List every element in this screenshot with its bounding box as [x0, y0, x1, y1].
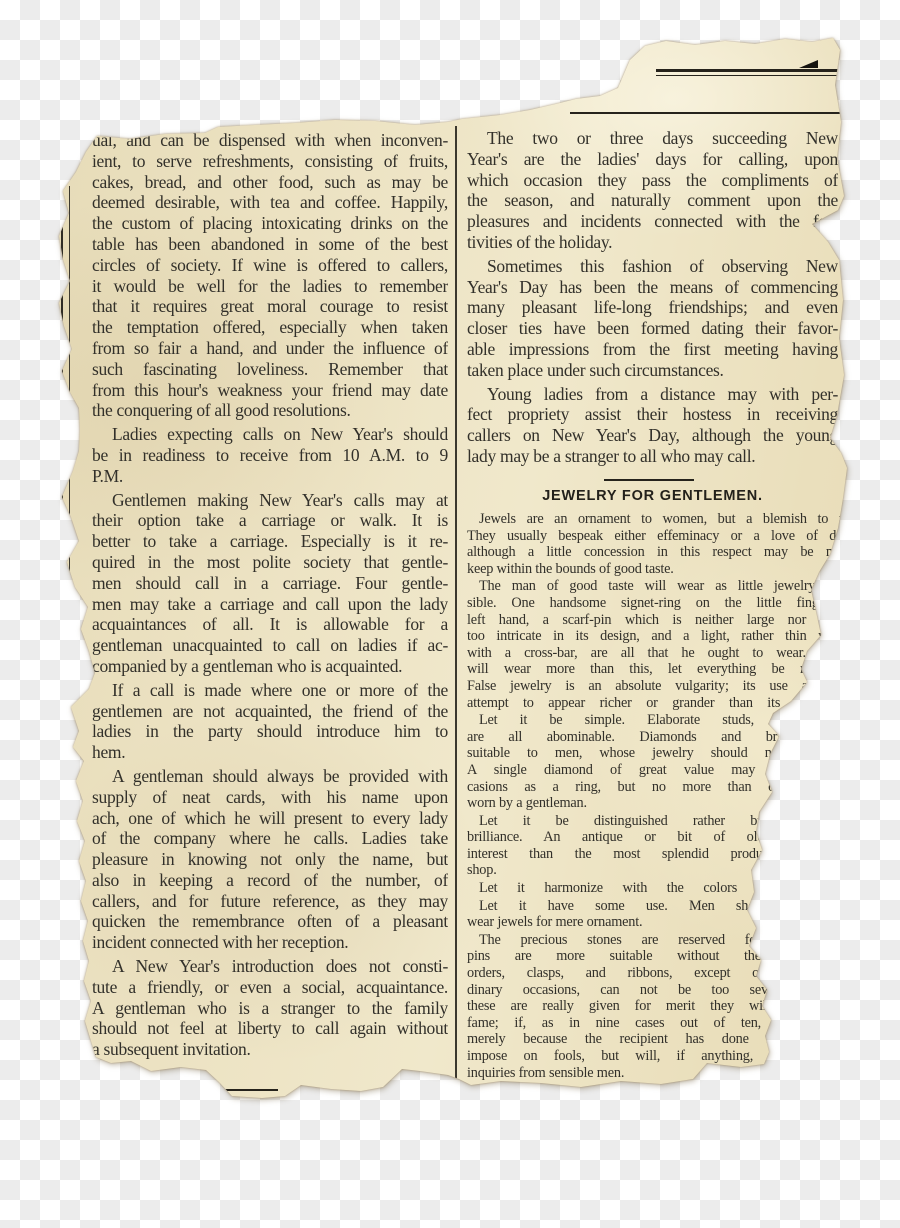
text-line: A single diamond of great value may be w… — [467, 762, 856, 779]
text-line: Jewels are an ornament to women, but a b… — [467, 511, 856, 528]
text-line: keep within the bounds of good taste. — [467, 561, 856, 578]
torn-paper: ual, and can be dispensed with when inco… — [0, 0, 900, 1228]
text-line: circles of society. If wine is offered t… — [92, 255, 448, 276]
text-line: fect propriety assist their hostess in r… — [467, 404, 838, 425]
text-line: the custom of placing intoxicating drink… — [92, 213, 448, 234]
text-line: Young ladies from a distance may with pe… — [467, 384, 838, 405]
text-line: inquiries from sensible men. — [467, 1065, 856, 1082]
text-line: callers, and for future reference, as th… — [92, 891, 448, 912]
section-divider-rule — [604, 479, 694, 481]
text-line: a subsequent invitation. — [92, 1039, 448, 1060]
text-line: worn by a gentleman. — [467, 795, 856, 812]
text-line: suitable to men, whose jewelry should ne… — [467, 745, 856, 762]
paragraph: The precious stones are reserved for lad… — [467, 932, 856, 1081]
paragraph: Ladies expecting calls on New Year's sho… — [92, 424, 448, 486]
paragraph: Let it be simple. Elaborate studs, sleev… — [467, 712, 856, 812]
text-line: such fascinating loveliness. Remember th… — [92, 359, 448, 380]
paragraph: Gentlemen making New Year's calls may at… — [92, 490, 448, 677]
text-line: able impressions from the first meeting … — [467, 339, 838, 360]
text-line: If a call is made where one or more of t… — [92, 680, 448, 701]
text-line: pleasure in knowing not only the name, b… — [92, 849, 448, 870]
text-line: A New Year's introduction does not const… — [92, 956, 448, 977]
text-line: merely because the recipient has done hi… — [467, 1031, 856, 1048]
left-margin-rule-outer — [61, 186, 63, 1066]
left-margin-rule-inner — [69, 186, 70, 1066]
text-line: their option take a carriage or walk. It… — [92, 510, 448, 531]
text-line: are all abominable. Diamonds and brillia… — [467, 729, 856, 746]
paragraph: Let it harmonize with the colors of your… — [467, 880, 856, 897]
index-triangle-icon — [799, 60, 818, 68]
paragraph: Let it have some use. Men should never, … — [467, 898, 856, 931]
text-line: deemed desirable, with tea and coffee. H… — [92, 192, 448, 213]
bottom-right-rule — [474, 1088, 688, 1090]
text-line: table has been abandoned in some of the … — [92, 234, 448, 255]
text-line: The two or three days succeeding New — [467, 128, 838, 149]
text-line: quired in the most polite society that g… — [92, 552, 448, 573]
text-line: Sometimes this fashion of observing New — [467, 256, 838, 277]
text-line: the temptation offered, especially when … — [92, 317, 448, 338]
text-line: men may take a carriage and call upon th… — [92, 594, 448, 615]
text-line: casions as a ring, but no more than one … — [467, 779, 856, 796]
text-line: should not feel at liberty to call again… — [92, 1018, 448, 1039]
right-text-column: The two or three days succeeding NewYear… — [467, 128, 838, 467]
text-line: from so fair a hand, and under the influ… — [92, 338, 448, 359]
bottom-left-rule — [115, 1089, 278, 1091]
text-line: taken place under such circumstances. — [467, 360, 838, 381]
masthead-rule-thick — [656, 69, 846, 72]
text-line: closer ties have been formed dating thei… — [467, 318, 838, 339]
text-line: Year's Day has been the means of commenc… — [467, 277, 838, 298]
text-line: tute a friendly, or even a social, acqua… — [92, 977, 448, 998]
paragraph: Let it be distinguished rather by its cu… — [467, 813, 856, 879]
text-line: ladies in the party should introduce him… — [92, 721, 448, 742]
text-line: lady may be a stranger to all who may ca… — [467, 446, 838, 467]
text-line: The precious stones are reserved for lad… — [467, 932, 856, 949]
text-line: although a little concession in this res… — [467, 544, 856, 561]
text-line: gentlemen are not acquainted, the friend… — [92, 701, 448, 722]
text-line: that it requires great moral courage to … — [92, 296, 448, 317]
text-line: brilliance. An antique or bit of old jew… — [467, 829, 856, 846]
text-line: Year's are the ladies' days for calling,… — [467, 149, 838, 170]
text-line: many pleasant life-long friendships; and… — [467, 297, 838, 318]
text-line: dinary occasions, can not be too severel… — [467, 982, 856, 999]
text-line: orders, clasps, and ribbons, except on o… — [467, 965, 856, 982]
text-line: They usually bespeak either effeminacy o… — [467, 528, 856, 545]
text-line: the conquering of all good resolutions. — [92, 400, 448, 421]
text-line: wear jewels for mere ornament. — [467, 914, 856, 931]
text-line: be in readiness to receive from 10 A.M. … — [92, 445, 448, 466]
left-text-column: ual, and can be dispensed with when inco… — [92, 130, 448, 1060]
paragraph: Young ladies from a distance may with pe… — [467, 384, 838, 467]
text-line: A gentleman who is a stranger to the fam… — [92, 998, 448, 1019]
text-line: also in keeping a record of the number, … — [92, 870, 448, 891]
paragraph: ual, and can be dispensed with when inco… — [92, 130, 448, 421]
text-line: Let it harmonize with the colors of your… — [467, 880, 856, 897]
text-line: callers on New Year's Day, although the … — [467, 425, 838, 446]
paragraph: A New Year's introduction does not const… — [92, 956, 448, 1060]
text-line: Ladies expecting calls on New Year's sho… — [92, 424, 448, 445]
text-line: shop. — [467, 862, 856, 879]
paragraph: Sometimes this fashion of observing NewY… — [467, 256, 838, 381]
text-line: ual, and can be dispensed with when inco… — [92, 130, 448, 151]
paragraph: The two or three days succeeding NewYear… — [467, 128, 838, 253]
text-line: Let it have some use. Men should never, … — [467, 898, 856, 915]
text-line: supply of neat cards, with his name upon — [92, 787, 448, 808]
text-line: hem. — [92, 742, 448, 763]
text-line: incident connected with her reception. — [92, 932, 448, 953]
paragraph: The man of good taste will wear as littl… — [467, 578, 856, 711]
text-line: quicken the remembrance often of a pleas… — [92, 911, 448, 932]
text-line: better to take a carriage. Especially is… — [92, 531, 448, 552]
text-line: with a cross-bar, are all that he ought … — [467, 645, 856, 662]
text-line: which occasion they pass the compliments… — [467, 170, 838, 191]
text-line: The man of good taste will wear as littl… — [467, 578, 856, 595]
text-line: P.M. — [92, 466, 448, 487]
text-line: will wear more than this, let everything… — [467, 661, 856, 678]
text-line: cakes, bread, and other food, such as ma… — [92, 172, 448, 193]
text-line: pins are more suitable without them. The… — [467, 948, 856, 965]
text-line: interest than the most splendid producti… — [467, 846, 856, 863]
text-line: these are really given for merit they wi… — [467, 998, 856, 1015]
page-top-rule — [570, 112, 846, 114]
text-line: attempt to appear richer or grander than… — [467, 695, 856, 712]
jewelry-text-column: Jewels are an ornament to women, but a b… — [467, 511, 856, 1081]
text-line: the season, and naturally comment upon t… — [467, 190, 838, 211]
text-line: of the company where he calls. Ladies ta… — [92, 828, 448, 849]
text-line: tivities of the holiday. — [467, 232, 838, 253]
text-line: A gentleman should always be provided wi… — [92, 766, 448, 787]
paragraph: If a call is made where one or more of t… — [92, 680, 448, 763]
text-line: acquaintances of all. It is allowable fo… — [92, 614, 448, 635]
text-line: left hand, a scarf-pin which is neither … — [467, 612, 856, 629]
text-line: sible. One handsome signet-ring on the l… — [467, 595, 856, 612]
text-line: it would be well for the ladies to remem… — [92, 276, 448, 297]
text-line: men should call in a carriage. Four gent… — [92, 573, 448, 594]
screenshot-canvas: { "background": {"checker_light": "#ffff… — [0, 0, 900, 1228]
text-line: ient, to serve refreshments, consisting … — [92, 151, 448, 172]
text-line: too intricate in its design, and a light… — [467, 628, 856, 645]
column-divider-line — [455, 126, 457, 1088]
section-heading: JEWELRY FOR GENTLEMEN. — [467, 488, 838, 504]
text-line: Let it be simple. Elaborate studs, sleev… — [467, 712, 856, 729]
text-line: Gentlemen making New Year's calls may at — [92, 490, 448, 511]
paragraph: A gentleman should always be provided wi… — [92, 766, 448, 953]
text-line: False jewelry is an absolute vulgarity; … — [467, 678, 856, 695]
text-line: fame; if, as in nine cases out of ten, t… — [467, 1015, 856, 1032]
text-line: companied by a gentleman who is acquaint… — [92, 656, 448, 677]
masthead-rule-thin — [656, 75, 846, 76]
text-line: Let it be distinguished rather by its cu… — [467, 813, 856, 830]
text-line: ach, one of which he will present to eve… — [92, 808, 448, 829]
paragraph: Jewels are an ornament to women, but a b… — [467, 511, 856, 577]
text-line: pleasures and incidents connected with t… — [467, 211, 838, 232]
text-line: from this hour's weakness your friend ma… — [92, 380, 448, 401]
text-line: gentleman unacquainted to call on ladies… — [92, 635, 448, 656]
text-line: impose on fools, but will, if anything, … — [467, 1048, 856, 1065]
